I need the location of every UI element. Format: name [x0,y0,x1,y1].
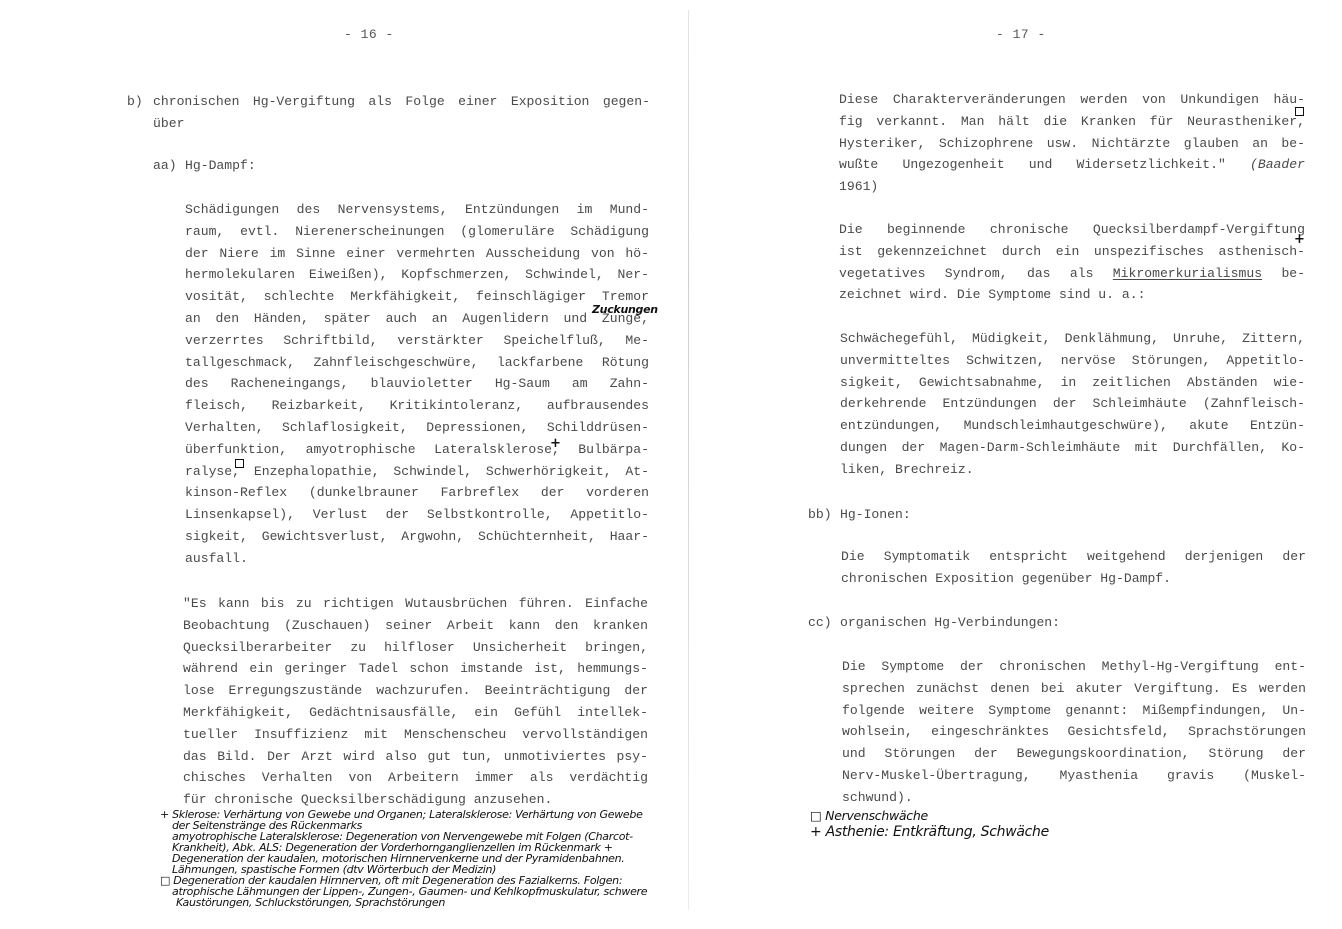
text-line: ralyse, Enzephalopathie, Schwindel, Schw… [185,461,649,483]
handwritten-footnotes-page-16: + Sklerose: Verhärtung von Gewebe und Or… [160,809,647,908]
baader-quote-paragraph: "Es kann bis zu richtigen Wutausbrüchen … [183,593,648,811]
text-line: und Störungen der Bewegungskoordination,… [842,743,1306,765]
sub-aa-title: Hg-Dampf: [185,155,256,177]
text-line: Die Symptomatik entspricht weitgehend de… [841,546,1306,568]
handwritten-annotation-zuckungen: Zuckungen [592,304,658,315]
text-line: vosität, schlechte Merkfähigkeit, feinsc… [185,286,649,308]
text-line: hermolekularen Eiweißen), Kopfschmerzen,… [185,264,649,286]
box-footnote-mark-icon [1295,107,1304,116]
book-spread: - 16 - b) chronischen Hg-Vergiftung als … [0,0,1342,929]
text-line: kinson-Reflex (dunkelbrauner Farbreflex … [185,482,649,504]
text-line: das Bild. Der Arzt wird also gut tun, un… [183,746,648,768]
sub-cc-title: organischen Hg-Verbindungen: [840,612,1060,634]
text-line: entzündungen, Mundschleimhautgeschwüre),… [840,415,1305,437]
text-line: unvermitteltes Schwitzen, nervöse Störun… [840,350,1305,372]
text-line: Merkfähigkeit, Gedächtnisausfälle, ein G… [183,702,648,724]
text-fragment: vegetatives Syndrom, das als [839,266,1093,281]
text-line: über [153,113,650,135]
handwritten-footnotes-page-17: □ Nervenschwäche + Asthenie: Entkräftung… [810,807,1049,841]
text-line: Linsenkapsel), Verlust der Selbstkontrol… [185,504,649,526]
text-line: "Es kann bis zu richtigen Wutausbrüchen … [183,593,648,615]
mikromerkurialismus-paragraph: Die beginnende chronische Quecksilberdam… [839,219,1305,306]
hg-ionen-paragraph: Die Symptomatik entspricht weitgehend de… [841,546,1306,590]
footnote-line: + Asthenie: Entkräftung, Schwäche [810,824,1049,841]
text-line: Hysteriker, Schizophrene usw. Nichtärzte… [839,133,1305,155]
text-line: fig verkannt. Man hält die Kranken für N… [839,111,1305,133]
text-line: chronischen Hg-Vergiftung als Folge eine… [153,91,650,113]
text-line: derkehrende Entzündungen der Schleimhäut… [840,393,1305,415]
text-line: Schädigungen des Nervensystems, Entzündu… [185,199,649,221]
text-line: ausfall. [185,548,649,570]
text-line: sigkeit, Gewichtsabnahme, in zeitlichen … [840,372,1305,394]
text-fragment: wußte Ungezogenheit und Widersetzlichkei… [839,157,1226,172]
mikro-symptoms-paragraph: Schwächegefühl, Müdigkeit, Denklähmung, … [840,328,1305,481]
text-line: schwund). [842,787,1306,809]
section-b-heading: chronischen Hg-Vergiftung als Folge eine… [153,91,650,135]
text-line: Diese Charakterveränderungen werden von … [839,89,1305,111]
sub-cc-label: cc) [808,612,832,634]
organic-hg-paragraph: Die Symptome der chronischen Methyl-Hg-V… [842,656,1306,809]
text-line: Nerv-Muskel-Übertragung, Myasthenia grav… [842,765,1306,787]
sub-aa-label: aa) [153,155,177,177]
text-line: überfunktion, amyotrophische Lateralskle… [185,439,649,461]
text-line: des Racheneingangs, blauvioletter Hg-Sau… [185,373,649,395]
text-line: sigkeit, Gewichtsverlust, Argwohn, Schüc… [185,526,649,548]
text-line: liken, Brechreiz. [840,459,1305,481]
sub-bb-label: bb) [808,504,832,526]
text-line: tallgeschmack, Zahnfleischgeschwüre, lac… [185,352,649,374]
page-number-17: - 17 - [996,27,1046,42]
text-line: Die Symptome der chronischen Methyl-Hg-V… [842,656,1306,678]
hg-dampf-symptoms-paragraph: Schädigungen des Nervensystems, Entzündu… [185,199,649,570]
text-line: Beobachtung (Zuschauen) seiner Arbeit ka… [183,615,648,637]
text-line: tueller Insuffizienz mit Menschenscheu v… [183,724,648,746]
footnote-line: □ Nervenschwäche [810,807,1049,824]
text-line: dungen der Magen-Darm-Schleimhäute mit D… [840,437,1305,459]
text-line: Schwächegefühl, Müdigkeit, Denklähmung, … [840,328,1305,350]
section-b-label: b) [127,91,143,113]
text-line: chisches Verhalten von Arbeitern immer a… [183,767,648,789]
footnote-line: Kaustörungen, Schluckstörungen, Sprachst… [160,897,647,908]
text-line: an den Händen, später auch an Augenlider… [185,308,649,330]
text-line: ist gekennzeichnet durch ein unspezifisc… [839,241,1305,263]
page-number-16: - 16 - [344,27,394,42]
text-line: während ein geringer Tadel schon imstand… [183,658,648,680]
sub-bb-title: Hg-Ionen: [840,504,911,526]
citation-author: (Baader [1250,157,1305,172]
text-line: verzerrtes Schriftbild, verstärkter Spei… [185,330,649,352]
text-line: lose Erregungszustände wachzurufen. Beei… [183,680,648,702]
page-gutter [688,10,689,910]
text-line: sprechen zunächst denen bei akuter Vergi… [842,678,1306,700]
text-line: Quecksilberarbeiter zu hilfloser Unsiche… [183,637,648,659]
text-line: wohlsein, eingeschränktes Gesichtsfeld, … [842,721,1306,743]
text-line: zeichnet wird. Die Symptome sind u. a.: [839,284,1305,306]
text-line: folgende weitere Symptome genannt: Mißem… [842,700,1306,722]
citation-year: 1961) [839,176,1305,198]
text-fragment: be- [1281,266,1305,281]
plus-footnote-mark: + [550,437,561,450]
text-line: Die beginnende chronische Quecksilberdam… [839,219,1305,241]
text-line: vegetatives Syndrom, das als Mikromerkur… [839,263,1305,285]
quote-continuation-paragraph: Diese Charakterveränderungen werden von … [839,89,1305,198]
underlined-term: Mikromerkurialismus [1113,266,1262,281]
text-line: chronischen Exposition gegenüber Hg-Damp… [841,568,1306,590]
plus-footnote-mark: + [1294,233,1305,246]
text-line: Verhalten, Schlaflosigkeit, Depressionen… [185,417,649,439]
text-line: fleisch, Reizbarkeit, Kritikintoleranz, … [185,395,649,417]
text-line: wußte Ungezogenheit und Widersetzlichkei… [839,154,1305,176]
text-line: der Niere im Sinne einer vermehrten Auss… [185,243,649,265]
text-line: raum, evtl. Nierenerscheinungen (glomeru… [185,221,649,243]
box-footnote-mark-icon [235,459,244,468]
